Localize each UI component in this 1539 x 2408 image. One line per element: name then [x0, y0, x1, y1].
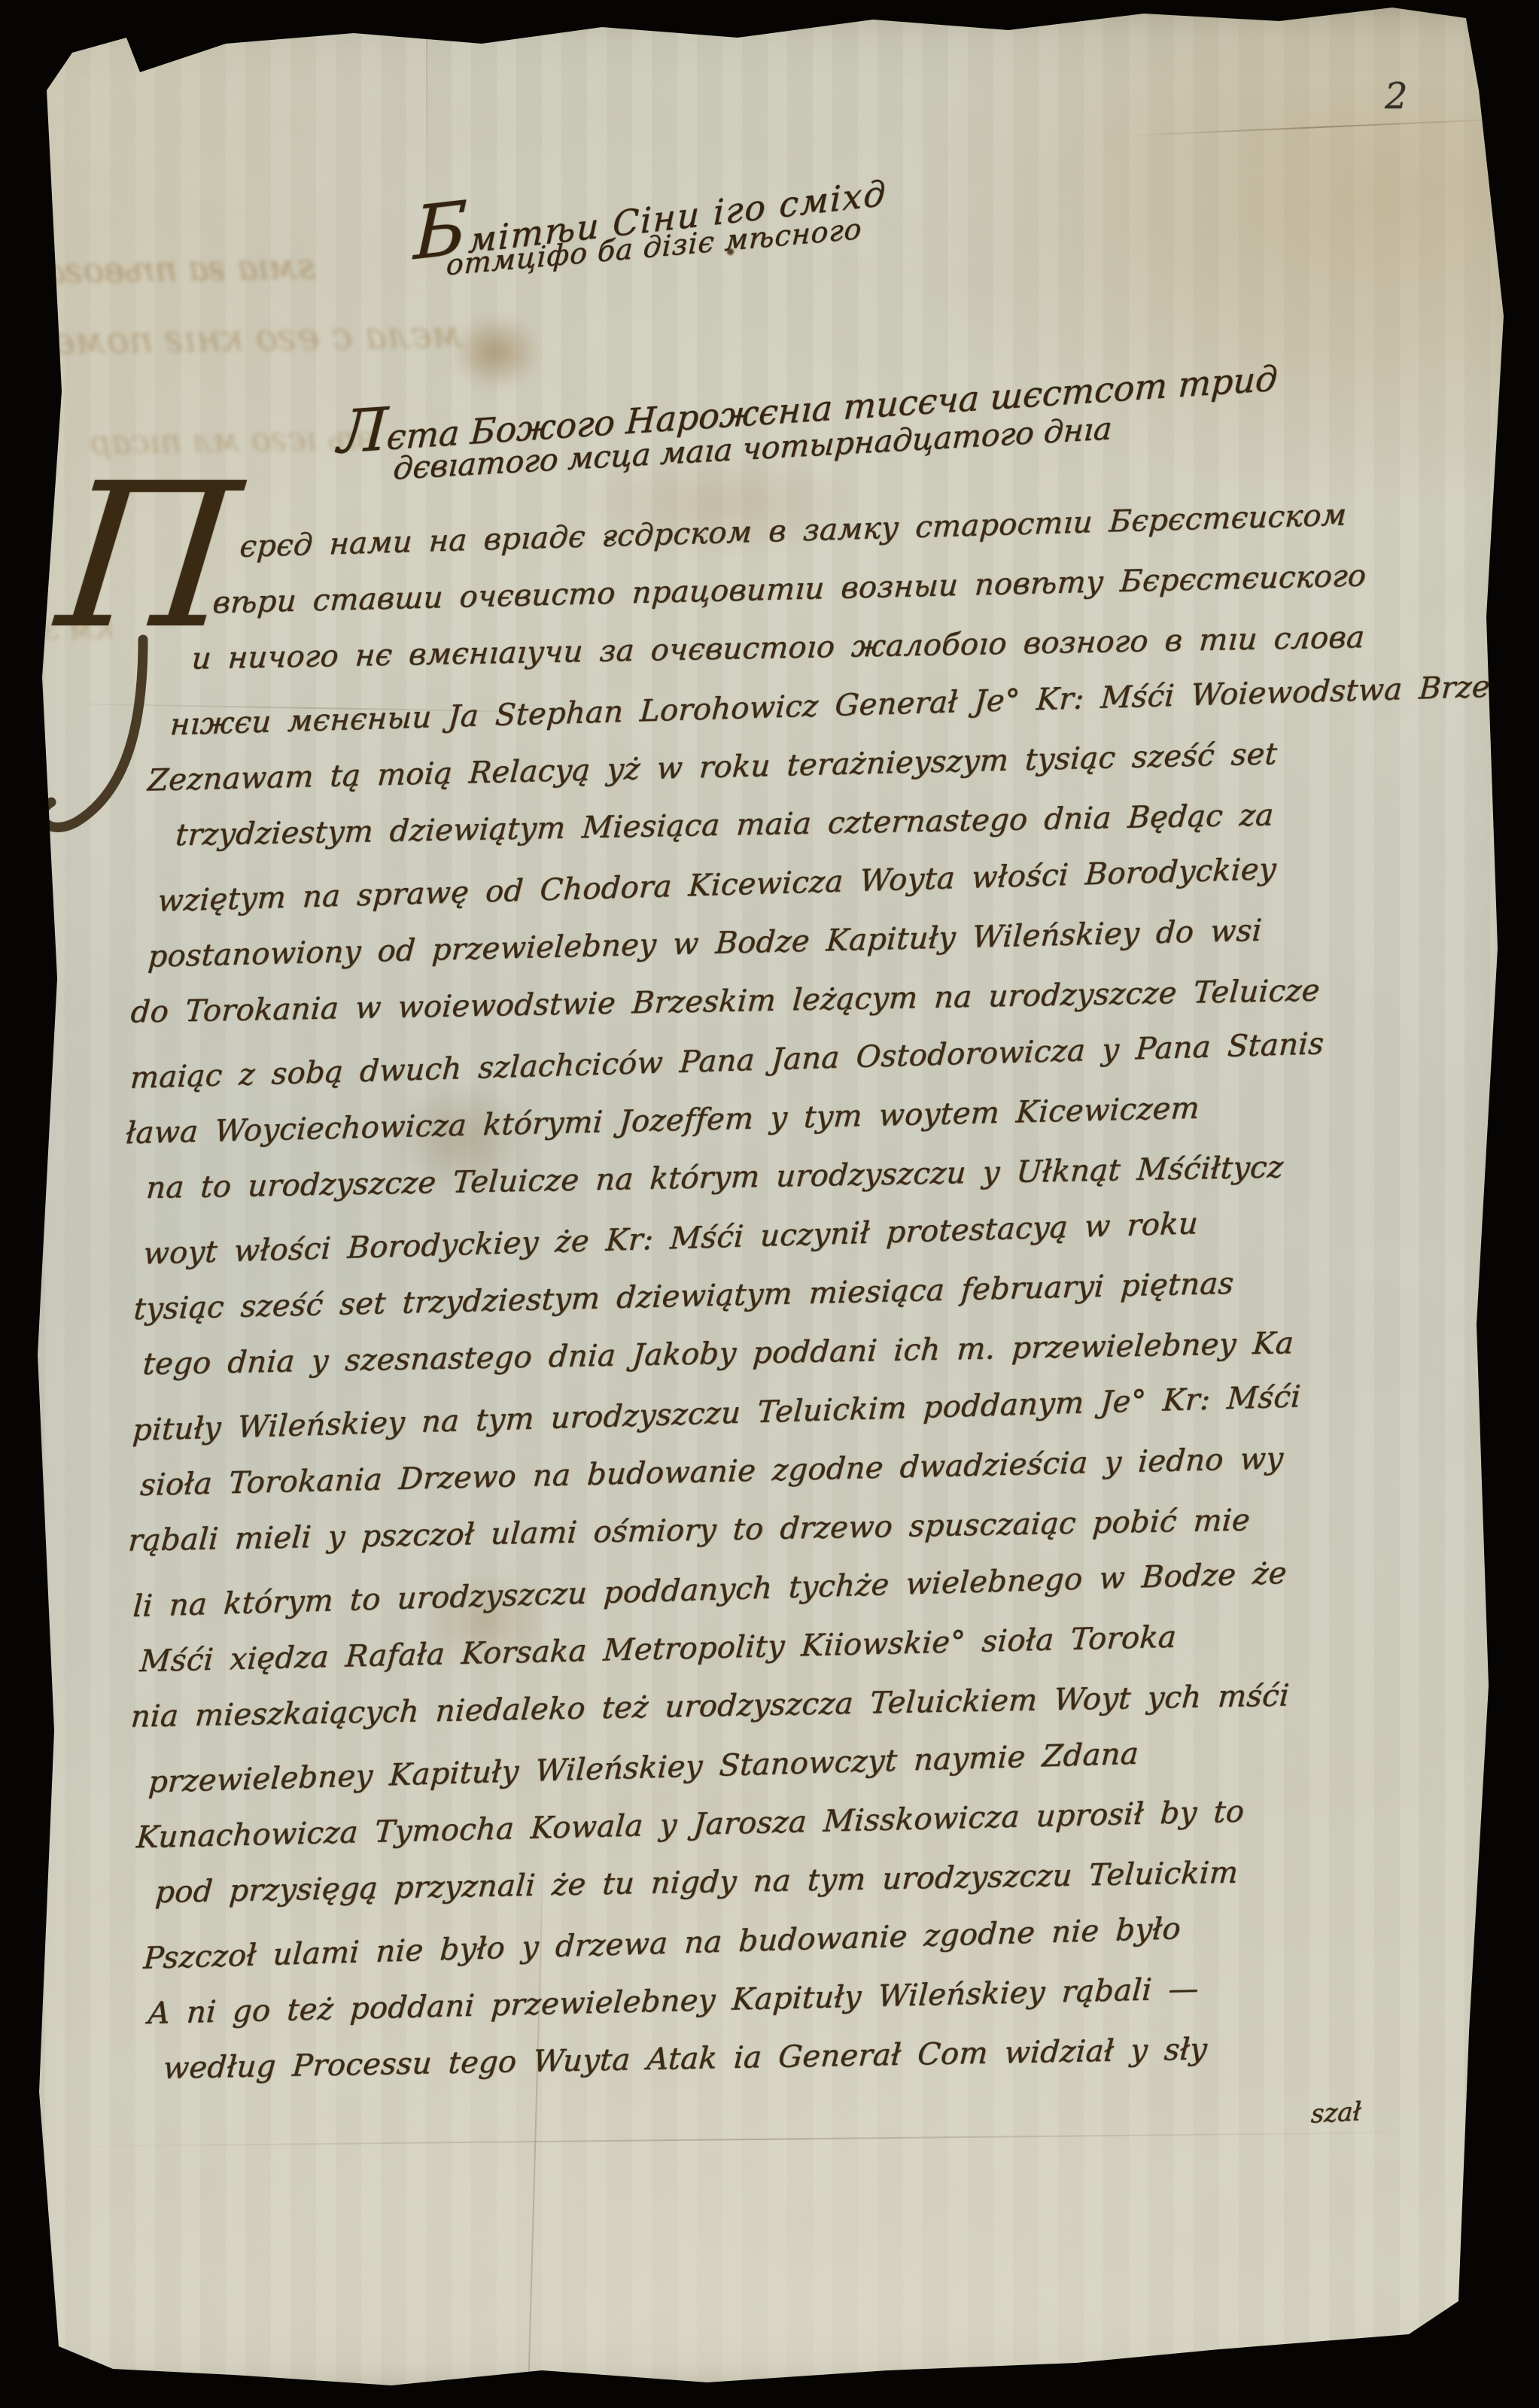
catchword: szał: [1310, 2096, 1362, 2130]
ink-stain: [452, 315, 540, 390]
paper-sheet: ѕмıа ға пѣвога мєла с его кнıг помєр вѣ …: [0, 0, 1539, 2408]
page-number: 2: [1385, 75, 1408, 117]
manuscript-photograph: ѕмıа ға пѣвога мєла с его кнıг помєр вѣ …: [0, 0, 1539, 2408]
manuscript-body: єрєд нами на врıадє ғсдрском в замку ста…: [96, 485, 1510, 2102]
bleedthrough-text: мєла с его кнıг помєр: [30, 312, 464, 363]
bleedthrough-text: ѕмıа ға пѣвога: [45, 246, 316, 291]
